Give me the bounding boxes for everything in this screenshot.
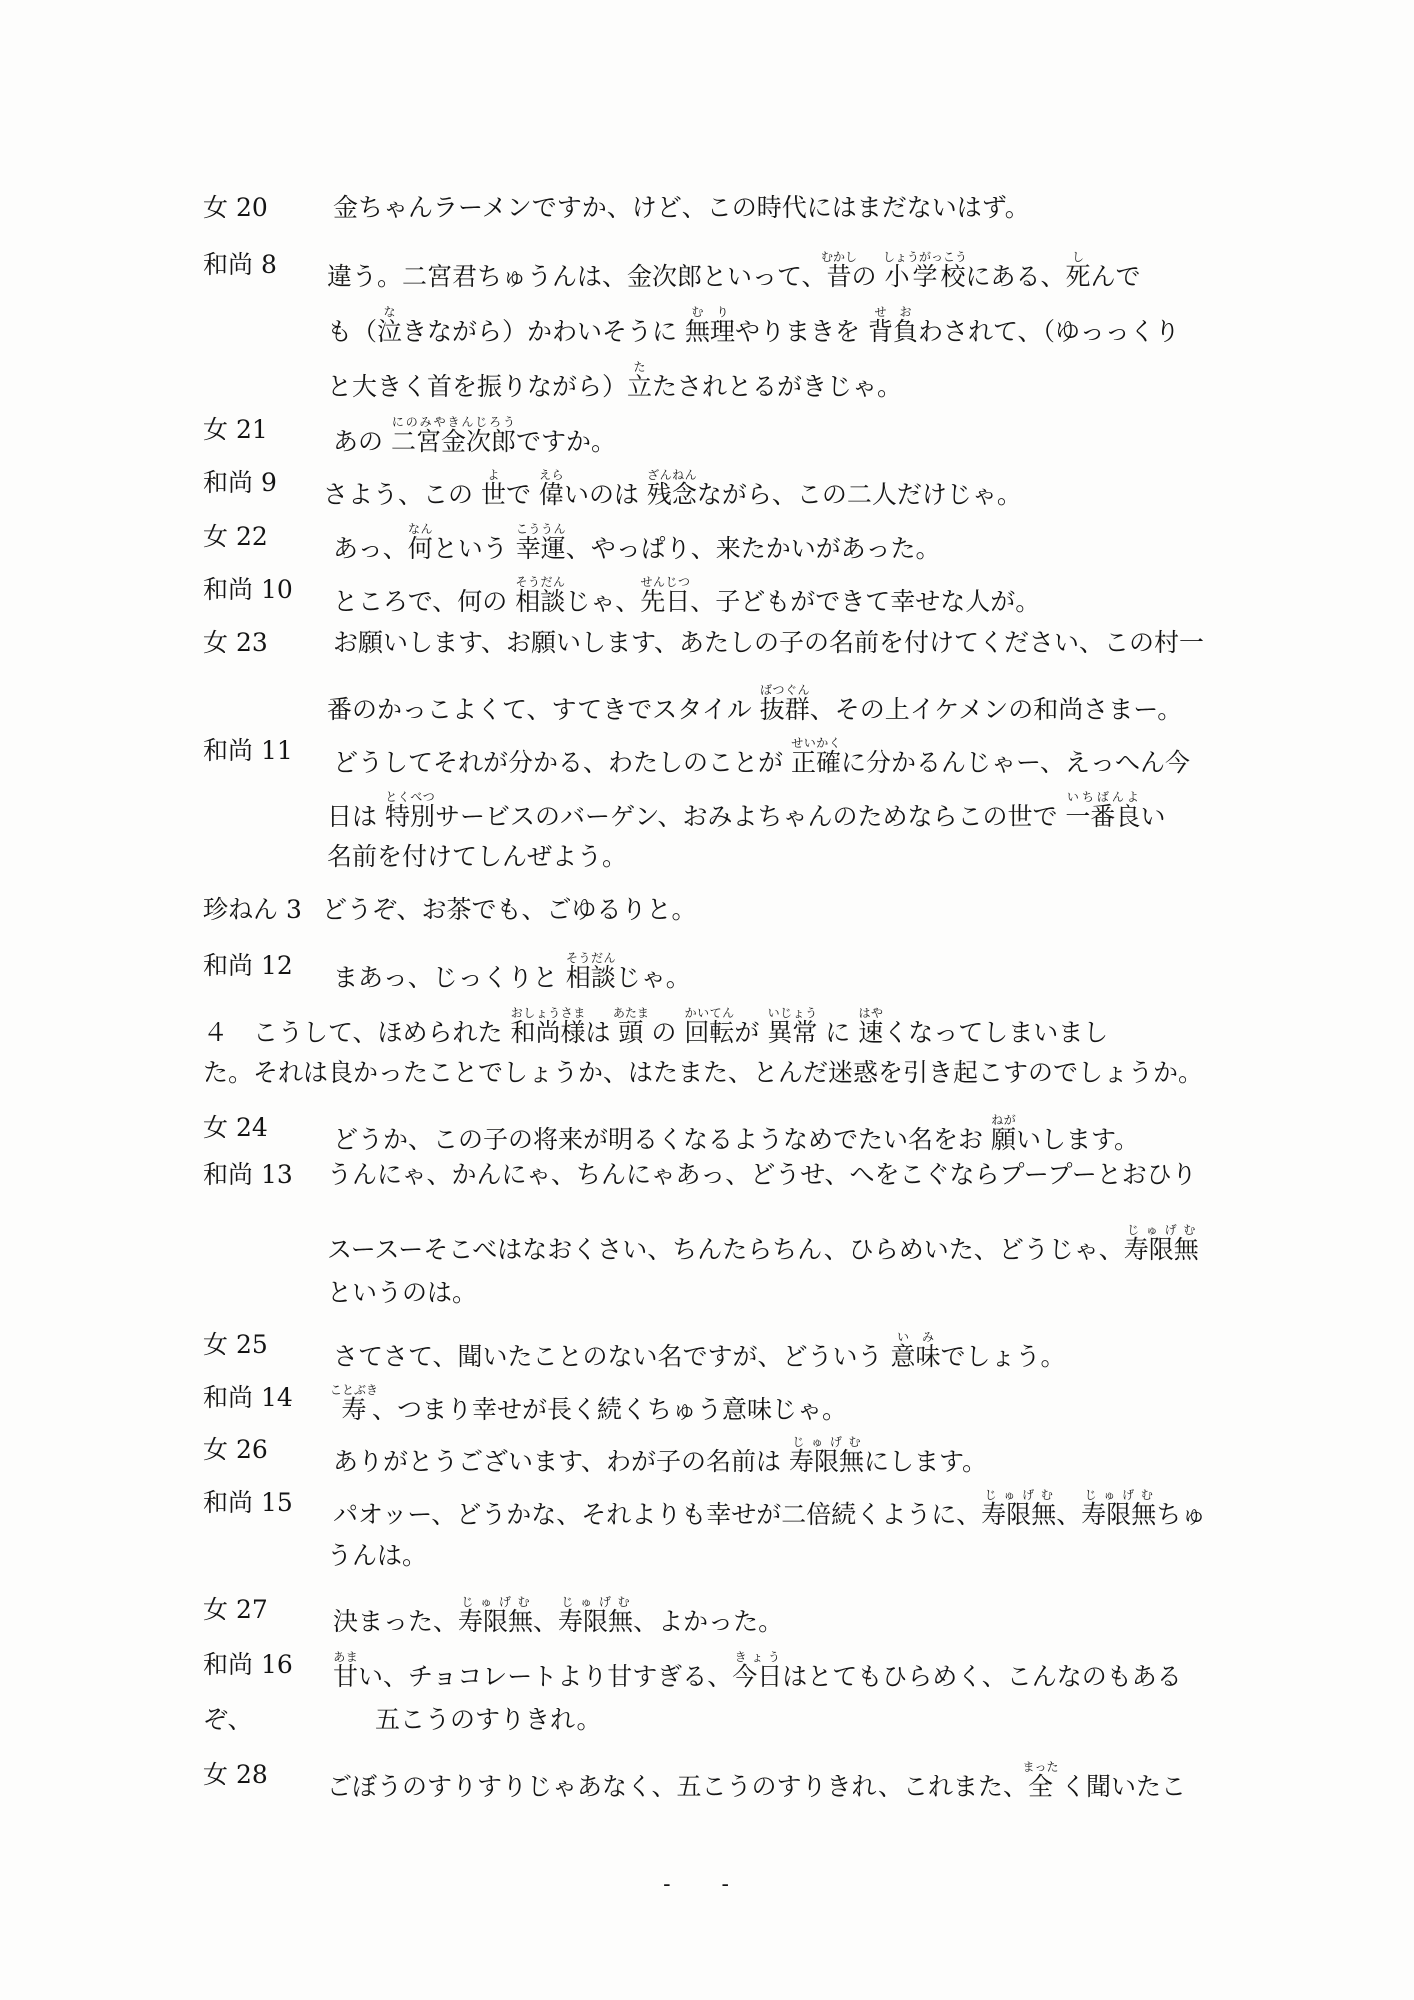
line-text: 五こうのすりきれ。 [375, 1705, 602, 1735]
text-segment: あっ、 [333, 534, 408, 563]
furigana-reading: むり [685, 305, 735, 319]
furigana-reading: はや [858, 1006, 883, 1020]
text-segment: さよう、この [323, 480, 481, 509]
furigana-reading: た [627, 360, 652, 374]
furigana-reading: せんじつ [640, 575, 690, 589]
furigana-word: 小学校しょうがっこう [884, 262, 965, 291]
line-text: ４ こうして、ほめられた 和尚様おしょうさまは 頭あたま の 回転かいてんが 異… [203, 1006, 1108, 1048]
speaker-label: 和尚 8 [203, 250, 277, 280]
text-segment: きながら）かわいそうに [402, 317, 685, 346]
furigana-word: 今日きょう [732, 1662, 782, 1691]
line-text: た。それは良かったことでしょうか、はたまた、とんだ迷惑を引き起こすのでしょうか。 [203, 1058, 1203, 1088]
speaker-label: 和尚 12 [203, 951, 293, 981]
text-segment: に分かるんじゃー、えっへん今 [841, 748, 1190, 777]
text-segment: い [1140, 802, 1165, 831]
furigana-word: 寿限無じゅげむ [789, 1447, 864, 1476]
furigana-word: 速はや [858, 1018, 883, 1047]
furigana-reading: むかし [821, 250, 857, 264]
text-segment: ごぼうのすりすりじゃあなく、五こうのすりきれ、これまた、 [327, 1772, 1028, 1801]
line-text: ごぼうのすりすりじゃあなく、五こうのすりきれ、これまた、全まった く聞いたこ [327, 1760, 1186, 1802]
line-text: あっ、何なんという 幸運こううん、やっぱり、来たかいがあった。 [333, 522, 941, 564]
furigana-reading: よ [481, 468, 506, 482]
furigana-word: 背負せお [868, 317, 918, 346]
speaker-label: 和尚 10 [203, 575, 293, 605]
furigana-reading: じゅげむ [458, 1595, 533, 1609]
speaker-label: 和尚 14 [203, 1383, 293, 1413]
furigana-word: 願ねが [991, 1125, 1016, 1154]
text-segment: さてさて、聞いたことのない名ですが、どういう [333, 1342, 890, 1371]
text-segment: 、やっぱり、来たかいがあった。 [566, 534, 941, 563]
furigana-word: 無理むり [685, 317, 735, 346]
furigana-reading: ざんねん [647, 468, 697, 482]
furigana-word: 異常いじょう [767, 1018, 817, 1047]
speaker-label: 女 22 [203, 522, 268, 552]
furigana-word: 相談そうだん [566, 963, 616, 992]
line-text: 金ちゃんラーメンですか、けど、この時代にはまだないはず。 [333, 193, 1030, 223]
text-segment: お願いします、お願いします、あたしの子の名前を付けてください、この村一 [333, 628, 1204, 657]
line-text: どうしてそれが分かる、わたしのことが 正確せいかくに分かるんじゃー、えっへん今 [333, 736, 1190, 778]
furigana-reading: にのみやきんじろう [391, 415, 516, 429]
text-segment: 、 [533, 1607, 558, 1636]
text-segment: はとてもひらめく、こんなのもある [782, 1662, 1182, 1691]
speaker-label: 女 24 [203, 1113, 268, 1143]
text-segment: 日は [327, 802, 385, 831]
text-segment: ４ こうして、ほめられた [203, 1018, 510, 1047]
furigana-word: 寿限無じゅげむ [1081, 1500, 1156, 1529]
furigana-word: 寿限無じゅげむ [558, 1607, 633, 1636]
line-text: あの 二宮金次郎にのみやきんじろうですか。 [333, 415, 616, 457]
text-segment: サービスのバーゲン、おみよちゃんのためならこの世で [435, 802, 1065, 831]
text-segment: の [643, 1018, 684, 1047]
speaker-label: 和尚 13 [203, 1160, 293, 1190]
line-text: 決まった、寿限無じゅげむ、寿限無じゅげむ、よかった。 [333, 1595, 783, 1637]
text-segment: ありがとうございます、わが子の名前は [333, 1447, 789, 1476]
line-text: 名前を付けてしんぜよう。 [327, 842, 627, 872]
line-text: というのは。 [327, 1278, 477, 1308]
text-segment: どうぞ、お茶でも、ごゆるりと。 [322, 895, 697, 924]
furigana-reading: せお [868, 305, 918, 319]
text-segment: あの [333, 427, 391, 456]
furigana-word: 幸運こううん [516, 534, 566, 563]
speaker-label: 女 23 [203, 628, 268, 658]
text-segment: ちゅ [1156, 1500, 1206, 1529]
furigana-word: 相談そうだん [515, 587, 565, 616]
text-segment: 、 [1056, 1500, 1081, 1529]
furigana-word: 世よ [481, 480, 506, 509]
furigana-word: 回転かいてん [684, 1018, 734, 1047]
text-segment: く聞いたこ [1053, 1772, 1186, 1801]
text-segment: 五こうのすりきれ。 [375, 1705, 602, 1734]
text-segment: 金ちゃんラーメンですか、けど、この時代にはまだないはず。 [333, 193, 1030, 222]
line-text: スースーそこべはなおくさい、ちんたらちん、ひらめいた、どうじゃ、寿限無じゅげむ [327, 1223, 1199, 1265]
text-segment: た。それは良かったことでしょうか、はたまた、とんだ迷惑を引き起こすのでしょうか。 [203, 1058, 1203, 1087]
text-segment: というのは。 [327, 1278, 477, 1307]
furigana-reading: じゅげむ [1124, 1223, 1199, 1237]
text-segment: じゃ。 [616, 963, 691, 992]
furigana-reading: なん [408, 522, 433, 536]
furigana-reading: きょう [732, 1650, 782, 1664]
furigana-reading: し [1066, 250, 1091, 264]
line-text: ところで、何の 相談そうだんじゃ、先日せんじつ、子どもができて幸せな人が。 [333, 575, 1040, 617]
speaker-label: 女 20 [203, 193, 268, 223]
text-segment: ながら、この二人だけじゃ。 [697, 480, 1022, 509]
line-text: うんは。 [327, 1541, 427, 1571]
furigana-word: 意味いみ [890, 1342, 940, 1371]
line-text: どうか、この子の将来が明るくなるようなめでたい名をお 願ねがいします。 [333, 1113, 1139, 1155]
text-segment: どうか、この子の将来が明るくなるようなめでたい名をお [333, 1125, 991, 1154]
furigana-word: 正確せいかく [791, 748, 841, 777]
text-segment: パオッー、どうかな、それよりも幸せが二倍続くように、 [333, 1500, 981, 1529]
text-segment: やりまきを [735, 317, 868, 346]
text-segment: に [817, 1018, 858, 1047]
text-segment: 、子どもができて幸せな人が。 [690, 587, 1040, 616]
text-segment: で [506, 480, 539, 509]
speaker-label: 女 27 [203, 1595, 268, 1625]
line-text: 甘あまい、チョコレートより甘すぎる、今日きょうはとてもひらめく、こんなのもある [333, 1650, 1182, 1692]
text-segment: まあっ、じっくりと [333, 963, 566, 992]
furigana-reading: じゅげむ [981, 1488, 1056, 1502]
furigana-reading: しょうがっこう [883, 250, 967, 264]
furigana-reading: おしょうさま [510, 1006, 585, 1020]
line-text: うんにゃ、かんにゃ、ちんにゃあっ、どうせ、へをこぐならプープーとおひり [327, 1160, 1197, 1190]
line-text: も（泣なきながら）かわいそうに 無理むりやりまきを 背負せおわされて、（ゆっっく… [327, 305, 1180, 347]
text-segment: と大きく首を振りながら） [327, 372, 627, 401]
furigana-word: 寿限無じゅげむ [458, 1607, 533, 1636]
furigana-reading: そうだん [566, 951, 616, 965]
text-segment: い、チョコレートより甘すぎる、 [358, 1662, 732, 1691]
line-text: どうぞ、お茶でも、ごゆるりと。 [322, 895, 697, 925]
furigana-reading: いちばんよ [1065, 790, 1140, 804]
furigana-reading: かいてん [684, 1006, 734, 1020]
furigana-reading: ばつぐん [760, 683, 810, 697]
text-segment: じゃ、 [565, 587, 640, 616]
line-text: お願いします、お願いします、あたしの子の名前を付けてください、この村一 [333, 628, 1204, 658]
furigana-reading: いじょう [767, 1006, 817, 1020]
furigana-word: 頭あたま [618, 1018, 643, 1047]
furigana-reading: ことぶき [330, 1383, 378, 1397]
text-segment: いします。 [1016, 1125, 1139, 1154]
furigana-reading: ねが [991, 1113, 1016, 1127]
text-segment: 名前を付けてしんぜよう。 [327, 842, 627, 871]
furigana-reading: じゅげむ [1081, 1488, 1156, 1502]
furigana-reading: あま [333, 1650, 358, 1664]
furigana-word: 昔むかし [827, 262, 852, 291]
line-text: 寿ことぶき、つまり幸せが長く続くちゅう意味じゃ。 [330, 1383, 847, 1425]
speaker-label: 女 26 [203, 1435, 268, 1465]
furigana-word: 偉えら [539, 480, 564, 509]
line-text: と大きく首を振りながら）立たたされとるがきじゃ。 [327, 360, 902, 402]
furigana-word: 寿限無じゅげむ [1124, 1235, 1199, 1264]
line-text: 日は 特別とくべつサービスのバーゲン、おみよちゃんのためならこの世で 一番良いち… [327, 790, 1165, 832]
text-segment: の [852, 262, 885, 291]
furigana-word: 二宮金次郎にのみやきんじろう [391, 427, 516, 456]
text-segment: が [734, 1018, 767, 1047]
line-text: 番のかっこよくて、すてきでスタイル 抜群ばつぐん、その上イケメンの和尚さまー。 [327, 683, 1182, 725]
furigana-reading: まった [1023, 1760, 1059, 1774]
text-segment: 決まった、 [333, 1607, 458, 1636]
furigana-reading: せいかく [791, 736, 841, 750]
speaker-label: 珍ねん 3 [203, 895, 302, 925]
furigana-word: 泣な [377, 317, 402, 346]
text-segment: 、その上イケメンの和尚さまー。 [810, 695, 1183, 724]
text-segment: 、つまり幸せが長く続くちゅう意味じゃ。 [372, 1395, 847, 1424]
speaker-label: 和尚 9 [203, 468, 277, 498]
furigana-reading: とくべつ [385, 790, 435, 804]
furigana-reading: こううん [516, 522, 566, 536]
text-segment: 違う。二宮君ちゅうんは、金次郎といって、 [327, 262, 827, 291]
furigana-reading: あたま [613, 1006, 649, 1020]
furigana-word: 立た [627, 372, 652, 401]
text-segment: 番のかっこよくて、すてきでスタイル [327, 695, 760, 724]
speaker-label: 和尚 15 [203, 1488, 293, 1518]
speaker-label: 女 21 [203, 415, 268, 445]
line-text: さよう、この 世よで 偉えらいのは 残念ざんねんながら、この二人だけじゃ。 [323, 468, 1022, 510]
furigana-reading: そうだん [515, 575, 565, 589]
text-segment: にします。 [864, 1447, 987, 1476]
furigana-word: 何なん [408, 534, 433, 563]
furigana-reading: じゅげむ [558, 1595, 633, 1609]
text-segment: くなってしまいまし [883, 1018, 1108, 1047]
furigana-reading: じゅげむ [789, 1435, 864, 1449]
text-segment: たされとるがきじゃ。 [652, 372, 902, 401]
line-text: パオッー、どうかな、それよりも幸せが二倍続くように、寿限無じゅげむ、寿限無じゅげ… [333, 1488, 1206, 1530]
speaker-label: ぞ、 [203, 1705, 253, 1735]
furigana-word: 寿ことぶき [330, 1395, 372, 1424]
furigana-reading: えら [539, 468, 564, 482]
furigana-word: 先日せんじつ [640, 587, 690, 616]
furigana-word: 一番良いちばんよ [1065, 802, 1140, 831]
text-segment: ですか。 [516, 427, 616, 456]
furigana-word: 残念ざんねん [647, 480, 697, 509]
text-segment: 、よかった。 [633, 1607, 783, 1636]
text-segment: んで [1091, 262, 1141, 291]
furigana-word: 死し [1066, 262, 1091, 291]
line-text: 違う。二宮君ちゅうんは、金次郎といって、昔むかしの 小学校しょうがっこうにある、… [327, 250, 1141, 292]
page-number-footer: - - [0, 1872, 1414, 1897]
speaker-label: 女 25 [203, 1330, 268, 1360]
speaker-label: 和尚 11 [203, 736, 293, 766]
furigana-reading: な [377, 305, 402, 319]
furigana-word: 特別とくべつ [385, 802, 435, 831]
text-segment: という [433, 534, 516, 563]
furigana-reading: いみ [890, 1330, 940, 1344]
furigana-word: 和尚様おしょうさま [510, 1018, 585, 1047]
speaker-label: 和尚 16 [203, 1650, 293, 1680]
line-text: ありがとうございます、わが子の名前は 寿限無じゅげむにします。 [333, 1435, 987, 1477]
furigana-word: 寿限無じゅげむ [981, 1500, 1056, 1529]
text-segment: でしょう。 [940, 1342, 1065, 1371]
text-segment: いのは [564, 480, 647, 509]
text-segment: も（ [327, 317, 377, 346]
line-text: まあっ、じっくりと 相談そうだんじゃ。 [333, 951, 691, 993]
text-segment: うんにゃ、かんにゃ、ちんにゃあっ、どうせ、へをこぐならプープーとおひり [327, 1160, 1197, 1189]
speaker-label: 女 28 [203, 1760, 268, 1790]
line-text: さてさて、聞いたことのない名ですが、どういう 意味いみでしょう。 [333, 1330, 1065, 1372]
text-segment: スースーそこべはなおくさい、ちんたらちん、ひらめいた、どうじゃ、 [327, 1235, 1124, 1264]
furigana-word: 抜群ばつぐん [760, 695, 810, 724]
document-page: 女 20金ちゃんラーメンですか、けど、この時代にはまだないはず。和尚 8違う。二… [0, 0, 1414, 2000]
text-segment: ところで、何の [333, 587, 515, 616]
text-segment: にある、 [966, 262, 1066, 291]
furigana-word: 甘あま [333, 1662, 358, 1691]
text-segment: どうしてそれが分かる、わたしのことが [333, 748, 791, 777]
text-segment: わされて、（ゆっっくり [918, 317, 1180, 346]
furigana-word: 全まった [1028, 1772, 1053, 1801]
text-segment: うんは。 [327, 1541, 427, 1570]
